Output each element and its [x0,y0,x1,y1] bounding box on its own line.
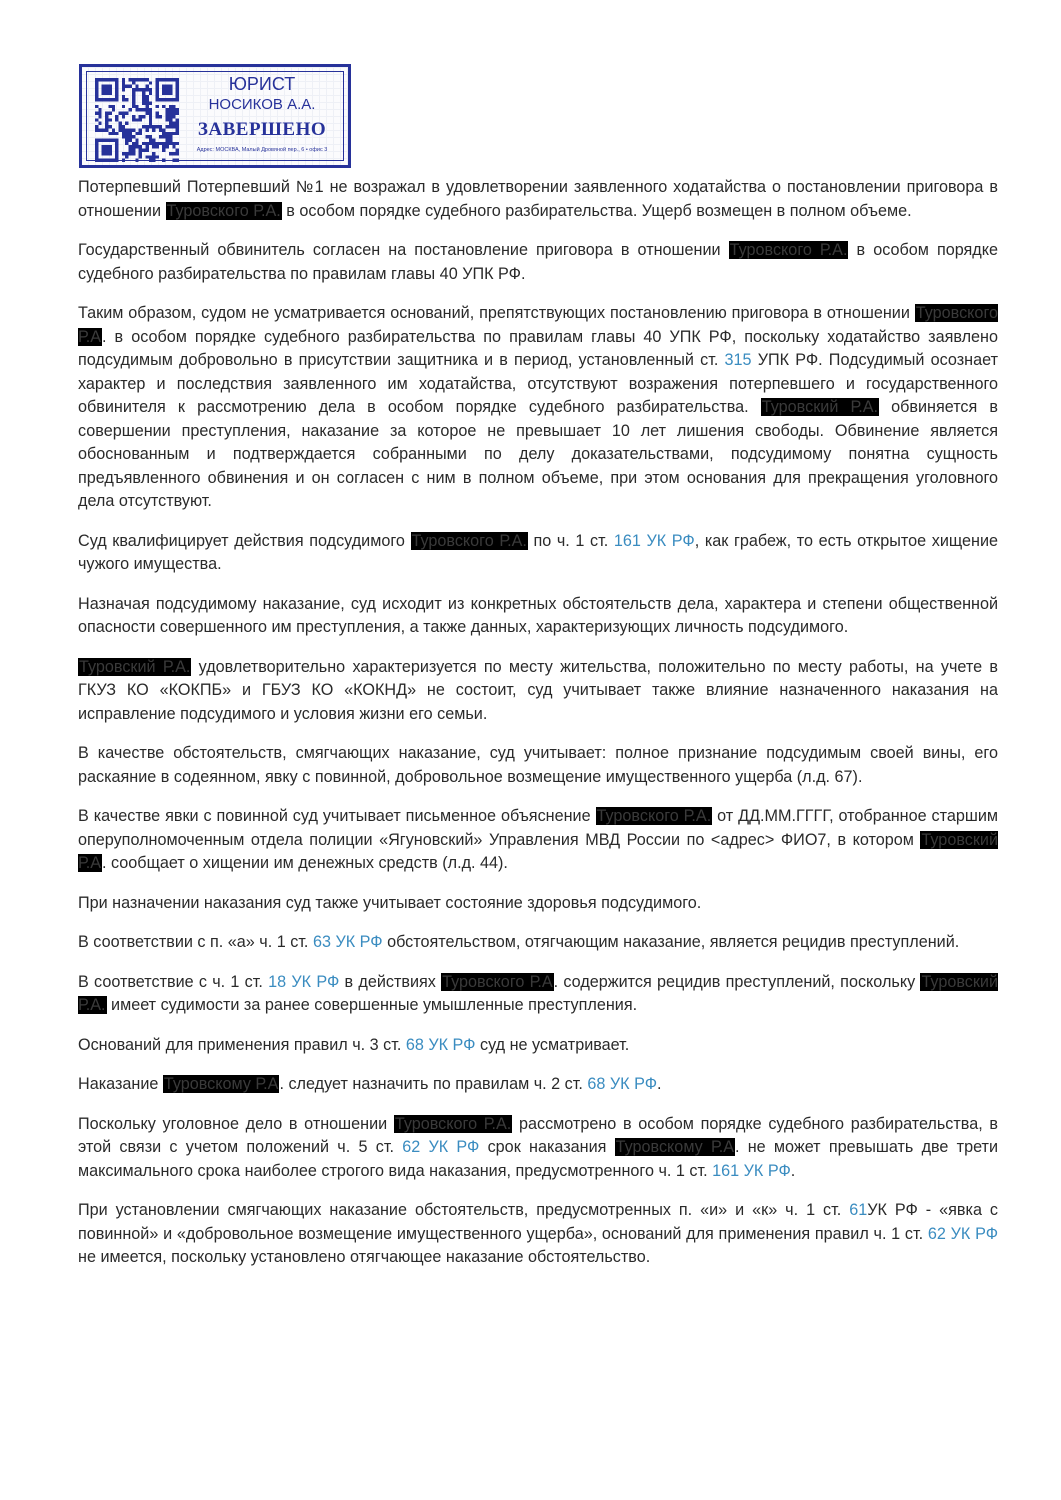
text-run: в особом порядке судебного разбирательст… [282,202,912,220]
paragraph: В качестве явки с повинной суд учитывает… [78,805,998,876]
text-run: В соответствии с п. «а» ч. 1 ст. [78,933,313,951]
paragraph: При установлении смягчающих наказание об… [78,1199,998,1270]
redacted-name: Туровского Р.А. [394,1115,512,1133]
paragraph: Поскольку уголовное дело в отношении Тур… [78,1113,998,1184]
document-body: Потерпевший Потерпевший №1 не возражал в… [78,176,998,1286]
law-article-link[interactable]: 161 УК РФ [712,1162,791,1180]
text-run: по ч. 1 ст. [528,532,614,550]
stamp-status: ЗАВЕРШЕНО [183,119,341,141]
paragraph: Государственный обвинитель согласен на п… [78,239,998,286]
text-run: . сообщает о хищении им денежных средств… [102,854,508,872]
text-run: суд не усматривает. [475,1036,629,1054]
paragraph: Оснований для применения правил ч. 3 ст.… [78,1034,998,1058]
text-run: Таким образом, судом не усматривается ос… [78,304,915,322]
qr-code-icon [95,78,179,162]
law-article-link[interactable]: 161 УК РФ [614,532,695,550]
text-run: не имеется, поскольку установлено отягча… [78,1248,650,1266]
text-run: Поскольку уголовное дело в отношении [78,1115,394,1133]
stamp-title: ЮРИСТ [183,74,341,94]
text-run: При установлении смягчающих наказание об… [78,1201,849,1219]
stamp-address: Адрес: МОСКВА, Малый Дровяной пер., 6 • … [183,146,341,154]
text-run: В качестве обстоятельств, смягчающих нак… [78,744,998,786]
text-run: . следует назначить по правилам ч. 2 ст. [279,1075,587,1093]
text-run: Оснований для применения правил ч. 3 ст. [78,1036,406,1054]
text-run: При назначении наказания суд также учиты… [78,894,701,912]
paragraph: При назначении наказания суд также учиты… [78,892,998,916]
text-run: В соответствие с ч. 1 ст. [78,973,268,991]
redacted-name: Туровского Р.А. [729,241,849,259]
redacted-name: Туровскому Р.А [163,1075,280,1093]
law-article-link[interactable]: 62 УК РФ [402,1138,479,1156]
law-article-link[interactable]: 63 УК РФ [313,933,383,951]
redacted-name: Туровского Р.А. [411,532,528,550]
text-run: Наказание [78,1075,163,1093]
law-article-link[interactable]: 62 УК РФ [928,1225,998,1243]
text-run: обстоятельством, отягчающим наказание, я… [383,933,960,951]
law-article-link[interactable]: 315 [725,351,752,369]
law-article-link[interactable]: 61 [849,1201,867,1219]
paragraph: В соответствие с ч. 1 ст. 18 УК РФ в дей… [78,971,998,1018]
text-run: Государственный обвинитель согласен на п… [78,241,729,259]
paragraph: В соответствии с п. «а» ч. 1 ст. 63 УК Р… [78,931,998,955]
stamp-inner-border: ЮРИСТ НОСИКОВ А.А. ЗАВЕРШЕНО Адрес: МОСК… [86,71,344,161]
law-article-link[interactable]: 68 УК РФ [587,1075,657,1093]
text-run: удовлетворительно характеризуется по мес… [78,658,998,723]
redacted-name: Туровского Р.А. [596,807,713,825]
text-run: Суд квалифицирует действия подсудимого [78,532,411,550]
paragraph: Потерпевший Потерпевший №1 не возражал в… [78,176,998,223]
text-run: Назначая подсудимому наказание, суд исхо… [78,595,998,637]
paragraph: В качестве обстоятельств, смягчающих нак… [78,742,998,789]
law-article-link[interactable]: 68 УК РФ [406,1036,476,1054]
stamp-name: НОСИКОВ А.А. [183,96,341,114]
text-run: имеет судимости за ранее совершенные умы… [107,996,638,1014]
law-article-link[interactable]: 18 УК РФ [268,973,339,991]
lawyer-stamp: ЮРИСТ НОСИКОВ А.А. ЗАВЕРШЕНО Адрес: МОСК… [79,64,351,168]
text-run: в действиях [339,973,441,991]
redacted-name: Туровского Р.А [441,973,554,991]
paragraph: Таким образом, судом не усматривается ос… [78,302,998,514]
redacted-name: Туровского Р.А. [166,202,282,220]
text-run: . содержится рецидив преступлений, поско… [554,973,921,991]
paragraph: Суд квалифицирует действия подсудимого Т… [78,530,998,577]
text-run: В качестве явки с повинной суд учитывает… [78,807,596,825]
text-run: срок наказания [479,1138,614,1156]
text-run: . [657,1075,662,1093]
redacted-name: Туровскому Р.А [615,1138,735,1156]
paragraph: Наказание Туровскому Р.А. следует назнач… [78,1073,998,1097]
paragraph: Туровский Р.А. удовлетворительно характе… [78,656,998,727]
redacted-name: Туровский Р.А. [78,658,191,676]
text-run: . [791,1162,796,1180]
redacted-name: Туровский Р.А. [761,398,879,416]
stamp-text: ЮРИСТ НОСИКОВ А.А. ЗАВЕРШЕНО Адрес: МОСК… [183,74,341,154]
paragraph: Назначая подсудимому наказание, суд исхо… [78,593,998,640]
